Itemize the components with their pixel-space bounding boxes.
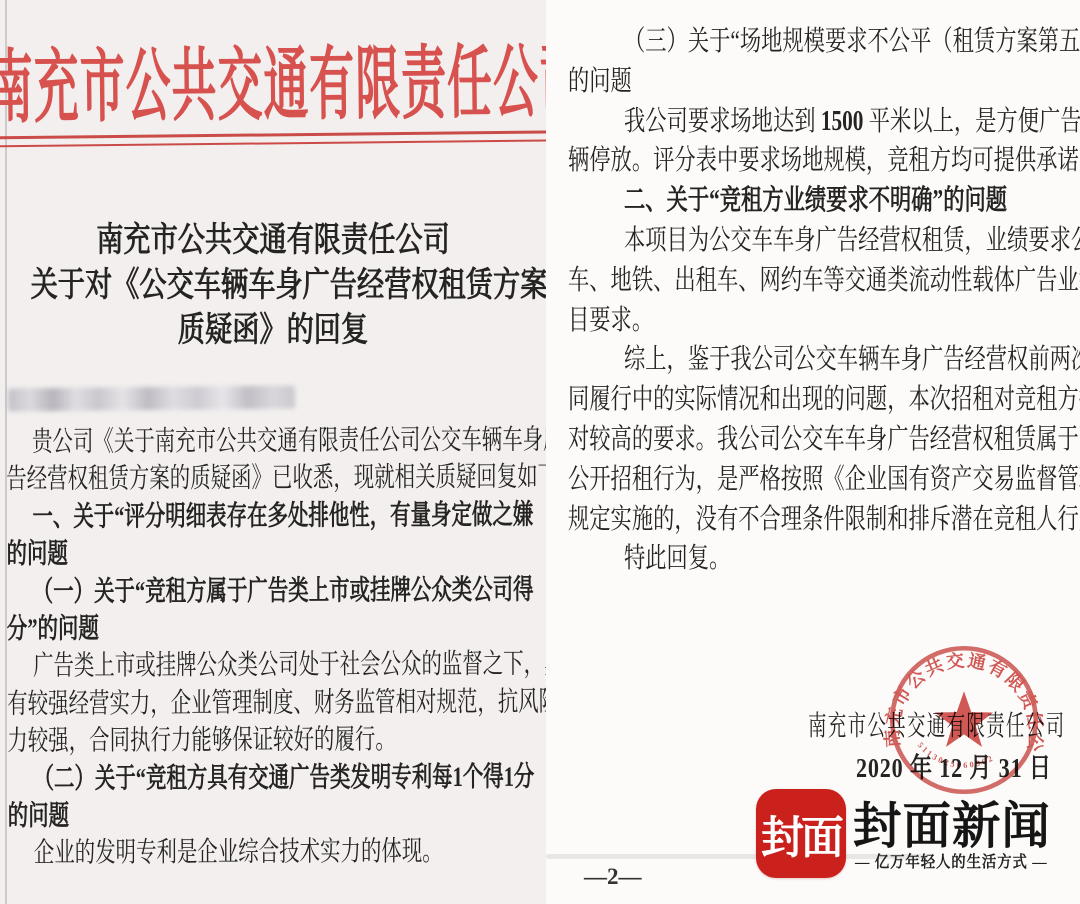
- body-line: 公开招租行为，是严格按照《企业国有资产交易监督管理: [568, 460, 1080, 500]
- subsection-heading: 的问题: [8, 795, 546, 835]
- document-page-right: （三）关于“场地规模要求不公平（租赁方案第五条第 的问题 我公司要求场地达到 1…: [546, 0, 1080, 904]
- title-line: 质疑函》的回复: [31, 308, 516, 353]
- document-page-left: 南充市公共交通有限责任公司 南充市公共交通有限责任公司 关于对《公交车辆车身广告…: [0, 0, 546, 904]
- area-figure: 1500: [821, 106, 864, 137]
- section-heading: 的问题: [6, 534, 546, 574]
- subsection-heading: （三）关于“场地规模要求不公平（租赁方案第五条第: [624, 22, 1080, 62]
- subsection-heading: （一）关于“竞租方属于广告类上市或挂牌公众类公司得: [33, 571, 546, 611]
- left-page-body: 贵公司《关于南充市公共交通有限责任公司公交车辆车身广 告经营权租赁方案的质疑函》…: [6, 420, 546, 872]
- body-text: 平米以上，是方便广告制: [863, 106, 1080, 137]
- subsection-heading: 分”的问题: [7, 608, 546, 648]
- document-title: 南充市公共交通有限责任公司 关于对《公交车辆车身广告经营权租赁方案的 质疑函》的…: [0, 218, 546, 353]
- body-line: 告经营权租赁方案的质疑函》已收悉，现就相关质疑回复如下: [6, 459, 546, 499]
- body-line: 贵公司《关于南充市公共交通有限责任公司公交车辆车身广: [32, 421, 546, 461]
- body-line: 同履行中的实际情况和出现的问题，本次招租对竞租方提: [568, 380, 1080, 420]
- redacted-addressee-strip: [8, 385, 295, 411]
- body-line: 规定实施的，没有不合理条件限制和排斥潜在竞租人行为: [568, 500, 1080, 540]
- body-line: 的问题: [568, 62, 1080, 102]
- body-line: 辆停放。评分表中要求场地规模，竞租方均可提供承诺函: [568, 141, 1080, 181]
- cover-news-logo-icon: 封面: [756, 789, 846, 878]
- seal-serial-number: 5113025060962: [916, 741, 996, 770]
- body-line: 力较强，合同执行力能够保证较好的履行。: [7, 721, 546, 761]
- cover-news-tagline: — 亿万年轻人的生活方式 —: [855, 849, 1048, 872]
- page-number: —2—: [584, 864, 642, 890]
- letterhead-company-name: 南充市公共交通有限责任公司: [0, 38, 347, 138]
- body-line: 综上，鉴于我公司公交车辆车身广告经营权前两次招: [624, 340, 1080, 380]
- body-line-with-number: 我公司要求场地达到 1500 平米以上，是方便广告制: [624, 102, 1080, 142]
- cover-news-logo-name: 封面新闻: [853, 786, 1051, 858]
- body-line: 广告类上市或挂牌公众类公司处于社会公众的监督之下，具: [33, 646, 546, 686]
- scanned-document: { "left": { "letterhead": "南充市公共交通有限责任公司…: [0, 0, 1080, 904]
- body-line: 车、地铁、出租车、网约车等交通类流动性载体广告业绩: [568, 261, 1080, 301]
- seal-star-icon: [935, 691, 993, 747]
- section-heading: 一、关于“评分明细表存在多处排他性，有量身定做之嫌: [32, 496, 546, 536]
- letterhead-block: 南充市公共交通有限责任公司: [0, 35, 546, 148]
- body-line: 企业的发明专利是企业综合技术实力的体现。: [34, 833, 546, 873]
- logo-badge-text: 封面: [761, 801, 841, 866]
- official-round-seal: 南充市公共交通有限责任公司 5113025060962: [882, 638, 1046, 802]
- body-line: 本项目为公交车车身广告经营权租赁，业绩要求公交: [624, 221, 1080, 261]
- closing-line: 特此回复。: [624, 539, 1080, 579]
- section-heading: 二、关于“竞租方业绩要求不明确”的问题: [624, 181, 1080, 221]
- body-line: 有较强经营实力，企业管理制度、财务监管相对规范，抗风险能: [7, 683, 546, 723]
- body-text: 我公司要求场地达到: [624, 106, 821, 137]
- body-line: 目要求。: [568, 301, 1080, 341]
- right-page-body: （三）关于“场地规模要求不公平（租赁方案第五条第 的问题 我公司要求场地达到 1…: [568, 22, 1080, 579]
- title-line: 关于对《公交车辆车身广告经营权租赁方案的: [31, 263, 516, 308]
- title-line: 南充市公共交通有限责任公司: [31, 218, 516, 263]
- body-line: 对较高的要求。我公司公交车车身广告经营权租赁属于面: [568, 420, 1080, 460]
- subsection-heading: （二）关于“竞租方具有交通广告类发明专利每1个得1分: [33, 758, 546, 798]
